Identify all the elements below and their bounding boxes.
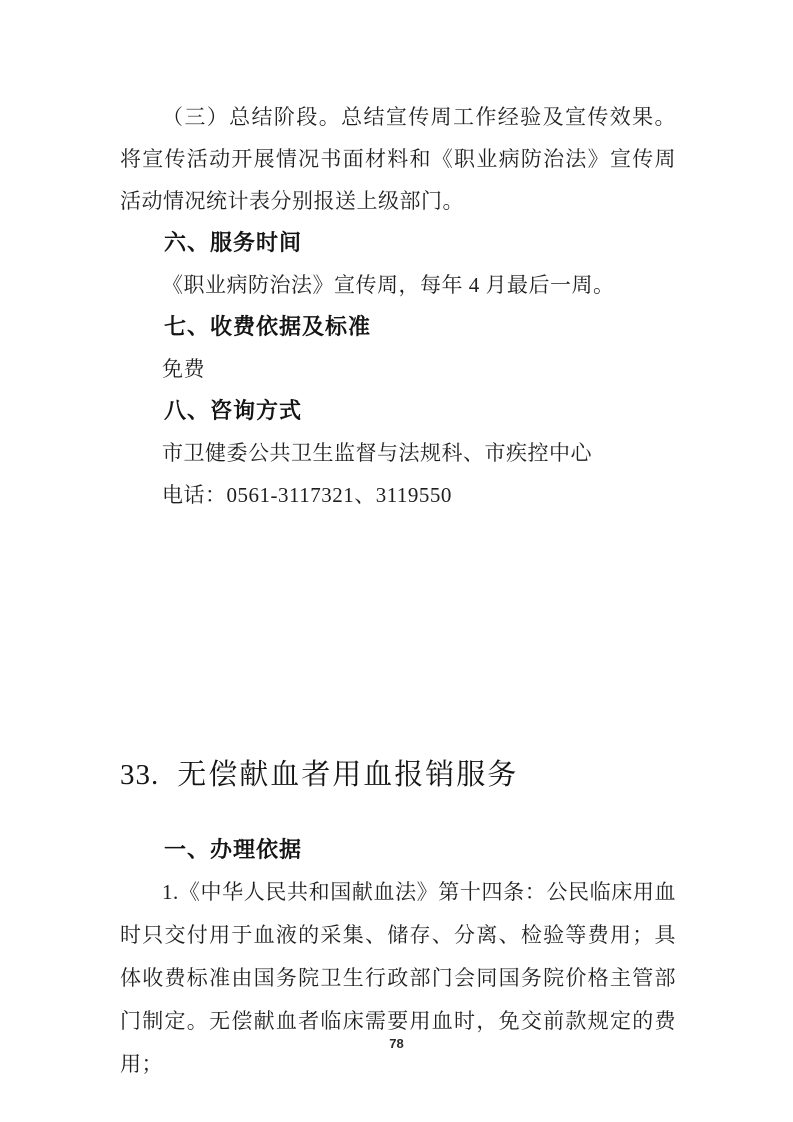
service33-title: 33.无偿献血者用血报销服务 [120,753,676,798]
page-number: 78 [0,1036,793,1051]
heading-processing-basis: 一、办理依据 [120,829,676,871]
heading-consultation: 八、咨询方式 [120,390,676,432]
heading-service-time: 六、服务时间 [120,222,676,264]
service33-title-text: 无偿献血者用血报销服务 [177,759,518,791]
body-service-time: 《职业病防治法》宣传周，每年 4 月最后一周。 [120,264,676,306]
heading-fee-basis: 七、收费依据及标准 [120,306,676,348]
document-page: （三）总结阶段。总结宣传周工作经验及宣传效果。将宣传活动开展情况书面材料和《职业… [0,0,793,1122]
page-content: （三）总结阶段。总结宣传周工作经验及宣传效果。将宣传活动开展情况书面材料和《职业… [120,96,676,1086]
body-fee-free: 免费 [120,348,676,390]
paragraph-legal-basis: 1.《中华人民共和国献血法》第十四条：公民临床用血时只交付用于血液的采集、储存、… [120,871,676,1086]
paragraph-summary-stage: （三）总结阶段。总结宣传周工作经验及宣传效果。将宣传活动开展情况书面材料和《职业… [120,96,676,222]
consultation-phone: 电话：0561-3117321、3119550 [120,474,676,516]
consultation-department: 市卫健委公共卫生监督与法规科、市疾控中心 [120,432,676,474]
service33-number: 33. [120,753,159,798]
